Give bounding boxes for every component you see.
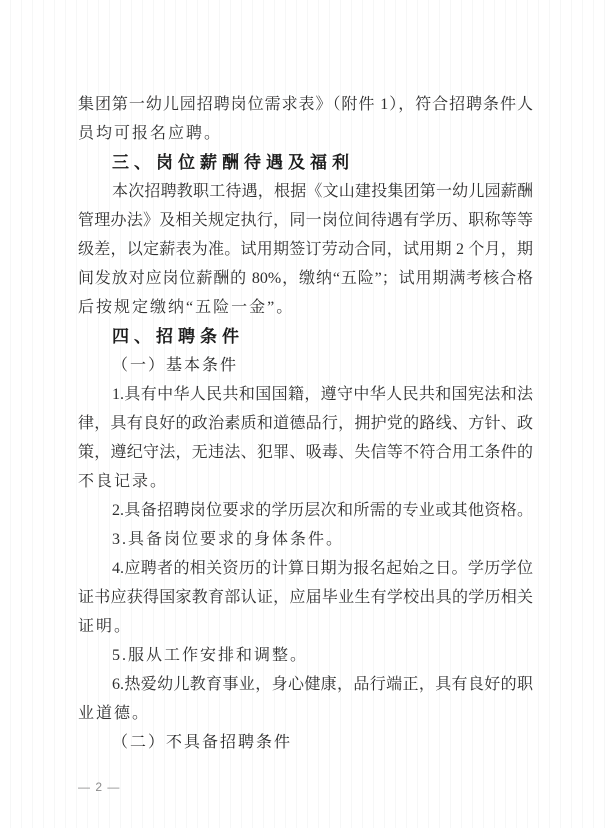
body-line: 员均可报名应聘。 [78, 119, 533, 148]
document-text-block: 集团第一幼儿园招聘岗位需求表》（附件 1），符合招聘条件人 员均可报名应聘。 三… [78, 90, 533, 757]
body-line: 不良记录。 [78, 467, 533, 496]
section-heading-requirements: 四、招聘条件 [78, 322, 533, 351]
document-page: 集团第一幼儿园招聘岗位需求表》（附件 1），符合招聘条件人 员均可报名应聘。 三… [0, 0, 606, 828]
body-line: 证书应获得国家教育部认证，应届毕业生有学校出具的学历相关 [78, 583, 533, 612]
body-line: 业道德。 [78, 699, 533, 728]
subsection-heading-disqualify: （二）不具备招聘条件 [78, 728, 533, 757]
body-line: 集团第一幼儿园招聘岗位需求表》（附件 1），符合招聘条件人 [78, 90, 533, 119]
body-line: 律，具有良好的政治素质和道德品行，拥护党的路线、方针、政 [78, 409, 533, 438]
page-number: — 2 — [78, 780, 120, 794]
body-line: 级差，以定薪表为准。试用期签订劳动合同，试用期 2 个月，期 [78, 235, 533, 264]
section-heading-salary: 三、岗位薪酬待遇及福利 [78, 148, 533, 177]
body-line: 2.具备招聘岗位要求的学历层次和所需的专业或其他资格。 [78, 496, 533, 525]
body-line: 证明。 [78, 612, 533, 641]
body-line: 5.服从工作安排和调整。 [78, 641, 533, 670]
subsection-heading-basic: （一）基本条件 [78, 351, 533, 380]
body-line: 间发放对应岗位薪酬的 80%，缴纳“五险”；试用期满考核合格 [78, 264, 533, 293]
body-line: 管理办法》及相关规定执行，同一岗位间待遇有学历、职称等等 [78, 206, 533, 235]
body-line: 本次招聘教职工待遇，根据《文山建投集团第一幼儿园薪酬 [78, 177, 533, 206]
body-line: 1.具有中华人民共和国国籍，遵守中华人民共和国宪法和法 [78, 380, 533, 409]
body-line: 后按规定缴纳“五险一金”。 [78, 293, 533, 322]
body-line: 6.热爱幼儿教育事业，身心健康，品行端正，具有良好的职 [78, 670, 533, 699]
body-line: 3.具备岗位要求的身体条件。 [78, 525, 533, 554]
body-line: 4.应聘者的相关资历的计算日期为报名起始之日。学历学位 [78, 554, 533, 583]
body-line: 策，遵纪守法，无违法、犯罪、吸毒、失信等不符合用工条件的 [78, 438, 533, 467]
